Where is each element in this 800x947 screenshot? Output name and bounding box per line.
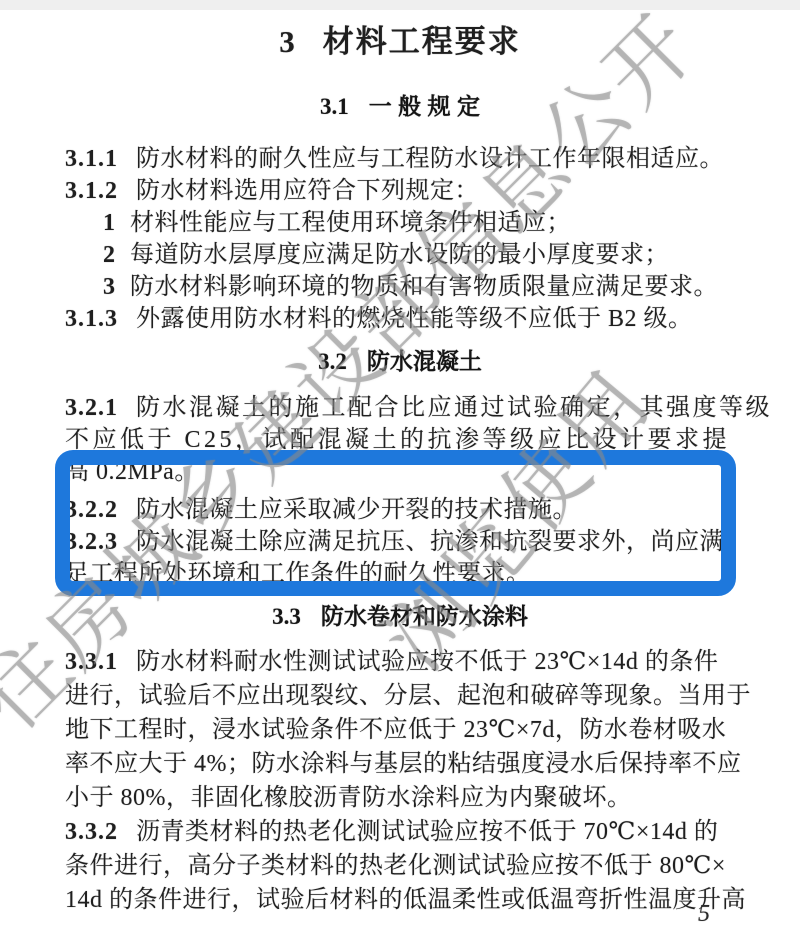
clause-continuation-line: 率不应大于 4%；防水涂料与基层的粘结强度浸水后保持率不应 bbox=[0, 747, 800, 781]
document-page: 3材料工程要求 3.1一 般 规 定3.1.1防水材料的耐久性应与工程防水设计工… bbox=[0, 0, 800, 947]
clause-text: 进行，试验后不应出现裂纹、分层、起泡和破碎等现象。当用于 bbox=[65, 683, 751, 709]
clause-text: 率不应大于 4%；防水涂料与基层的粘结强度浸水后保持率不应 bbox=[65, 751, 742, 777]
clause-line: 2每道防水层厚度应满足防水设防的最小厚度要求； bbox=[0, 239, 800, 271]
page-top-edge bbox=[0, 0, 800, 10]
section-number: 3.3 bbox=[272, 604, 301, 629]
section-number: 3.1 bbox=[320, 94, 349, 119]
page-number: 5 bbox=[698, 901, 710, 928]
clause-line: 1材料性能应与工程使用环境条件相适应； bbox=[0, 207, 800, 239]
section-title: 防水卷材和防水涂料 bbox=[321, 603, 528, 629]
clause-continuation-line: 地下工程时，浸水试验条件不应低于 23℃×7d，防水卷材吸水 bbox=[0, 713, 800, 747]
clause-number: 3.1.1 bbox=[65, 146, 118, 172]
clause-number: 3.3.2 bbox=[65, 819, 118, 845]
section-3.1: 3.1一 般 规 定3.1.1防水材料的耐久性应与工程防水设计工作年限相适应。3… bbox=[0, 90, 800, 335]
clause-text: 防水材料耐水性测试试验应按不低于 23℃×14d 的条件 bbox=[136, 649, 718, 675]
section-title: 一 般 规 定 bbox=[369, 93, 480, 119]
section-heading: 3.3防水卷材和防水涂料 bbox=[0, 600, 800, 632]
clause-line: 3.3.2沥青类材料的热老化测试试验应按不低于 70℃×14d 的 bbox=[0, 815, 800, 849]
clause-text: 地下工程时，浸水试验条件不应低于 23℃×7d，防水卷材吸水 bbox=[65, 717, 726, 743]
clause-line: 3防水材料影响环境的物质和有害物质限量应满足要求。 bbox=[0, 271, 800, 303]
clause-text: 防水混凝土的施工配合比应通过试验确定，其强度等级 bbox=[136, 395, 772, 421]
chapter-title: 材料工程要求 bbox=[323, 24, 521, 59]
clause-line: 3.2.1防水混凝土的施工配合比应通过试验确定，其强度等级 bbox=[0, 392, 800, 424]
highlight-box bbox=[55, 450, 736, 596]
clause-text: 防水材料的耐久性应与工程防水设计工作年限相适应。 bbox=[136, 146, 724, 172]
clause-number: 2 bbox=[103, 242, 116, 268]
clause-text: 14d 的条件进行，试验后材料的低温柔性或低温弯折性温度升高 bbox=[65, 887, 746, 913]
clause-text: 材料性能应与工程使用环境条件相适应； bbox=[130, 210, 571, 236]
clause-text: 外露使用防水材料的燃烧性能等级不应低于 B2 级。 bbox=[136, 306, 693, 332]
section-heading: 3.1一 般 规 定 bbox=[0, 90, 800, 122]
clause-number: 1 bbox=[103, 210, 116, 236]
clause-line: 3.1.3外露使用防水材料的燃烧性能等级不应低于 B2 级。 bbox=[0, 303, 800, 335]
clause-text: 每道防水层厚度应满足防水设防的最小厚度要求； bbox=[130, 242, 669, 268]
clause-line: 3.1.1防水材料的耐久性应与工程防水设计工作年限相适应。 bbox=[0, 143, 800, 175]
clause-line: 3.1.2防水材料选用应符合下列规定： bbox=[0, 175, 800, 207]
clause-continuation-line: 条件进行，高分子类材料的热老化测试试验应按不低于 80℃× bbox=[0, 849, 800, 883]
clause-continuation-line: 小于 80%，非固化橡胶沥青防水涂料应为内聚破坏。 bbox=[0, 781, 800, 815]
clause-number: 3 bbox=[103, 274, 116, 300]
clause-text: 防水材料影响环境的物质和有害物质限量应满足要求。 bbox=[130, 274, 718, 300]
section-heading: 3.2防水混凝土 bbox=[0, 345, 800, 377]
clause-continuation-line: 进行，试验后不应出现裂纹、分层、起泡和破碎等现象。当用于 bbox=[0, 679, 800, 713]
clause-continuation-line: 14d 的条件进行，试验后材料的低温柔性或低温弯折性温度升高 bbox=[0, 883, 800, 917]
section-number: 3.2 bbox=[318, 349, 347, 374]
clause-text: 条件进行，高分子类材料的热老化测试试验应按不低于 80℃× bbox=[65, 853, 726, 879]
clause-number: 3.3.1 bbox=[65, 649, 118, 675]
clause-text: 小于 80%，非固化橡胶沥青防水涂料应为内聚破坏。 bbox=[65, 785, 632, 811]
clause-number: 3.1.3 bbox=[65, 306, 118, 332]
clause-text: 沥青类材料的热老化测试试验应按不低于 70℃×14d 的 bbox=[136, 819, 718, 845]
section-title: 防水混凝土 bbox=[367, 348, 482, 374]
chapter-heading: 3材料工程要求 bbox=[0, 22, 800, 62]
chapter-number: 3 bbox=[279, 24, 297, 59]
clause-text: 防水材料选用应符合下列规定： bbox=[136, 178, 479, 204]
clause-number: 3.2.1 bbox=[65, 395, 118, 421]
section-3.3: 3.3防水卷材和防水涂料3.3.1防水材料耐水性测试试验应按不低于 23℃×14… bbox=[0, 600, 800, 917]
clause-number: 3.1.2 bbox=[65, 178, 118, 204]
clause-line: 3.3.1防水材料耐水性测试试验应按不低于 23℃×14d 的条件 bbox=[0, 645, 800, 679]
